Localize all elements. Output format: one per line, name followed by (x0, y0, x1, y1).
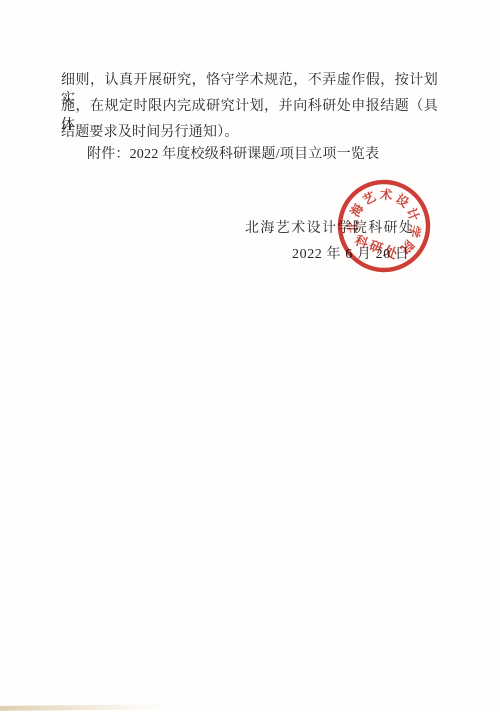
signature-date: 2022 年 6 月 20 日 (292, 243, 410, 263)
seal-arc-char: 艺 (360, 188, 379, 207)
seal-arc-char: 设 (393, 191, 412, 211)
seal-arc-char: 术 (378, 187, 393, 203)
document-page: 细则，认真开展研究，恪守学术规范，不弄虚作假，按计划实 施，在规定时限内完成研究… (0, 0, 500, 712)
signature-org: 北海艺术设计学院科研处 (245, 217, 414, 237)
attachment-line: 附件：2022 年度校级科研课题/项目立项一览表 (87, 145, 438, 164)
body-text-line-3: 结题要求及时间另行通知）。 (61, 123, 438, 142)
scan-artifact (0, 704, 178, 711)
